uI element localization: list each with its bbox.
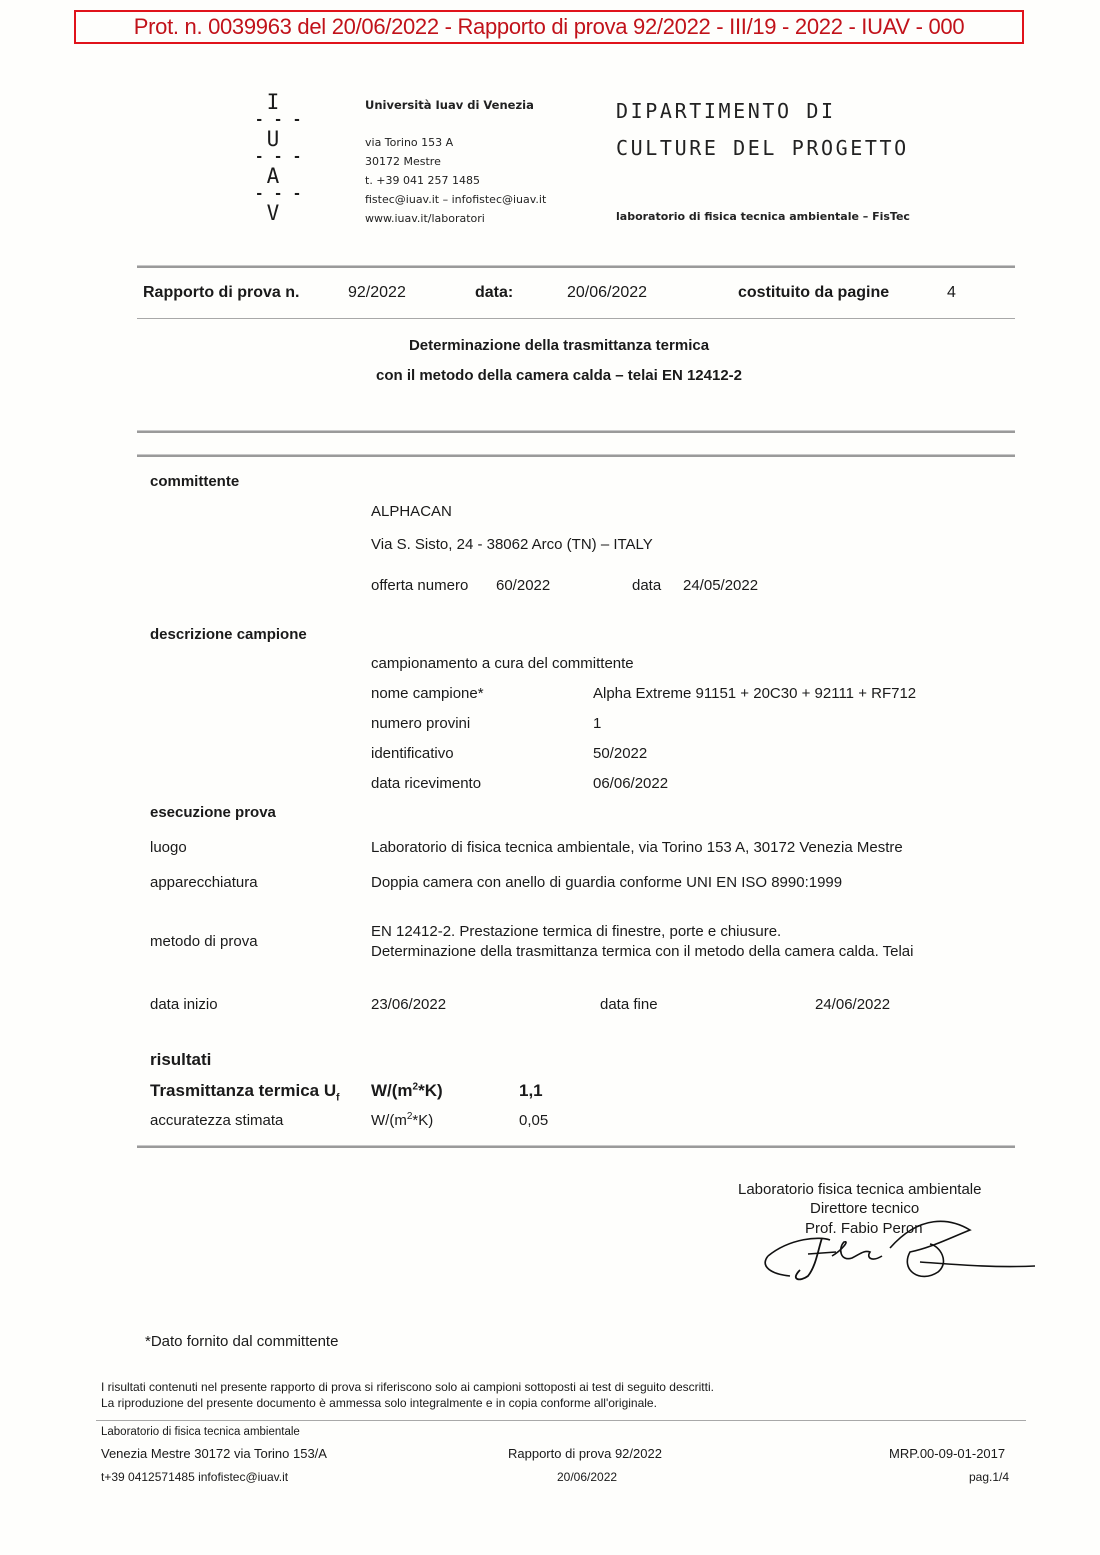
- report-number-label: Rapporto di prova n.: [143, 284, 299, 302]
- transmittance-label: Trasmittanza termica Uf: [150, 1081, 339, 1101]
- sample-value-id: 50/2022: [593, 745, 647, 762]
- department-line-2: CULTURE DEL PROGETTO: [616, 130, 909, 167]
- footer-code: MRP.00-09-01-2017: [889, 1446, 1005, 1461]
- start-date: 23/06/2022: [371, 996, 446, 1013]
- offer-number: 60/2022: [496, 577, 550, 594]
- department-line-1: DIPARTIMENTO DI: [616, 93, 909, 130]
- unit-prefix: W/(m: [371, 1112, 407, 1129]
- divider: [137, 1145, 1015, 1148]
- sample-value-name: Alpha Extreme 91151 + 20C30 + 92111 + RF…: [593, 685, 916, 702]
- university-address-1: via Torino 153 A: [365, 133, 546, 152]
- equipment-value: Doppia camera con anello di guardia conf…: [371, 874, 842, 891]
- university-emails: fistec@iuav.it – infofistec@iuav.it: [365, 190, 546, 209]
- disclaimer-line-2: La riproduzione del presente documento è…: [101, 1396, 657, 1410]
- sampling-note: campionamento a cura del committente: [371, 655, 634, 672]
- transmittance-label-text: Trasmittanza termica U: [150, 1081, 336, 1100]
- client-address: Via S. Sisto, 24 - 38062 Arco (TN) – ITA…: [371, 536, 653, 553]
- method-line-2: Determinazione della trasmittanza termic…: [371, 943, 913, 960]
- section-committente: committente: [150, 473, 239, 490]
- divider: [137, 265, 1015, 268]
- footnote: *Dato fornito dal committente: [145, 1333, 338, 1350]
- transmittance-value: 1,1: [519, 1081, 543, 1101]
- footer-address: Venezia Mestre 30172 via Torino 153/A: [101, 1446, 327, 1461]
- equipment-label: apparecchiatura: [150, 874, 258, 891]
- logo-letter-a: A: [255, 166, 291, 186]
- end-date-label: data fine: [600, 996, 658, 1013]
- university-info: Università Iuav di Venezia via Torino 15…: [365, 96, 546, 228]
- iuav-logo: I - - - U - - - A - - - V: [255, 92, 291, 223]
- university-address-2: 30172 Mestre: [365, 152, 546, 171]
- unit-suffix: *K): [418, 1081, 443, 1100]
- accuracy-label: accuratezza stimata: [150, 1112, 283, 1129]
- footer-page: pag.1/4: [969, 1470, 1009, 1484]
- offer-date: 24/05/2022: [683, 577, 758, 594]
- divider: [137, 430, 1015, 433]
- offer-date-label: data: [632, 577, 661, 594]
- place-value: Laboratorio di fisica tecnica ambientale…: [371, 839, 903, 856]
- start-date-label: data inizio: [150, 996, 218, 1013]
- university-name: Università Iuav di Venezia: [365, 96, 546, 115]
- footer-contact: t+39 0412571485 infofistec@iuav.it: [101, 1470, 288, 1484]
- section-results: risultati: [150, 1050, 211, 1070]
- section-execution: esecuzione prova: [150, 804, 276, 821]
- unit-suffix: *K): [412, 1112, 433, 1129]
- logo-letter-i: I: [255, 92, 291, 112]
- footer-divider: [96, 1420, 1026, 1421]
- client-name: ALPHACAN: [371, 503, 452, 520]
- pages-label: costituito da pagine: [738, 284, 889, 302]
- divider: [137, 454, 1015, 457]
- report-date-label: data:: [475, 284, 513, 302]
- footer-report: Rapporto di prova 92/2022: [508, 1446, 662, 1461]
- lab-name: laboratorio di fisica tecnica ambientale…: [616, 210, 910, 223]
- sample-label-id: identificativo: [371, 745, 454, 762]
- offer-label: offerta numero: [371, 577, 468, 594]
- report-number: 92/2022: [348, 284, 406, 302]
- section-sample: descrizione campione: [150, 626, 307, 643]
- logo-letter-u: U: [255, 129, 291, 149]
- report-title-line-1: Determinazione della trasmittanza termic…: [0, 337, 1100, 354]
- unit-prefix: W/(m: [371, 1081, 413, 1100]
- logo-letter-v: V: [255, 203, 291, 223]
- disclaimer-line-1: I risultati contenuti nel presente rappo…: [101, 1380, 714, 1394]
- divider: [137, 318, 1015, 319]
- report-title-line-2: con il metodo della camera calda – telai…: [0, 367, 1100, 384]
- sample-value-count: 1: [593, 715, 601, 732]
- transmittance-unit: W/(m2*K): [371, 1081, 443, 1101]
- university-website: www.iuav.it/laboratori: [365, 209, 546, 228]
- university-phone: t. +39 041 257 1485: [365, 171, 546, 190]
- place-label: luogo: [150, 839, 187, 856]
- accuracy-value: 0,05: [519, 1112, 548, 1129]
- protocol-text: Prot. n. 0039963 del 20/06/2022 - Rappor…: [134, 14, 965, 40]
- protocol-banner: Prot. n. 0039963 del 20/06/2022 - Rappor…: [74, 10, 1024, 44]
- method-label: metodo di prova: [150, 933, 258, 950]
- footer-lab: Laboratorio di fisica tecnica ambientale: [101, 1426, 300, 1438]
- sample-label-received: data ricevimento: [371, 775, 481, 792]
- report-date: 20/06/2022: [567, 284, 647, 302]
- transmittance-subscript: f: [336, 1092, 339, 1103]
- sample-label-count: numero provini: [371, 715, 470, 732]
- accuracy-unit: W/(m2*K): [371, 1112, 433, 1129]
- sample-value-received: 06/06/2022: [593, 775, 668, 792]
- pages-count: 4: [947, 284, 956, 302]
- sample-label-name: nome campione*: [371, 685, 484, 702]
- signature-role: Direttore tecnico: [810, 1200, 919, 1217]
- end-date: 24/06/2022: [815, 996, 890, 1013]
- department-title: DIPARTIMENTO DI CULTURE DEL PROGETTO: [616, 93, 909, 167]
- footer-date: 20/06/2022: [557, 1470, 617, 1484]
- method-line-1: EN 12412-2. Prestazione termica di fines…: [371, 923, 781, 940]
- signature-lab: Laboratorio fisica tecnica ambientale: [738, 1181, 981, 1198]
